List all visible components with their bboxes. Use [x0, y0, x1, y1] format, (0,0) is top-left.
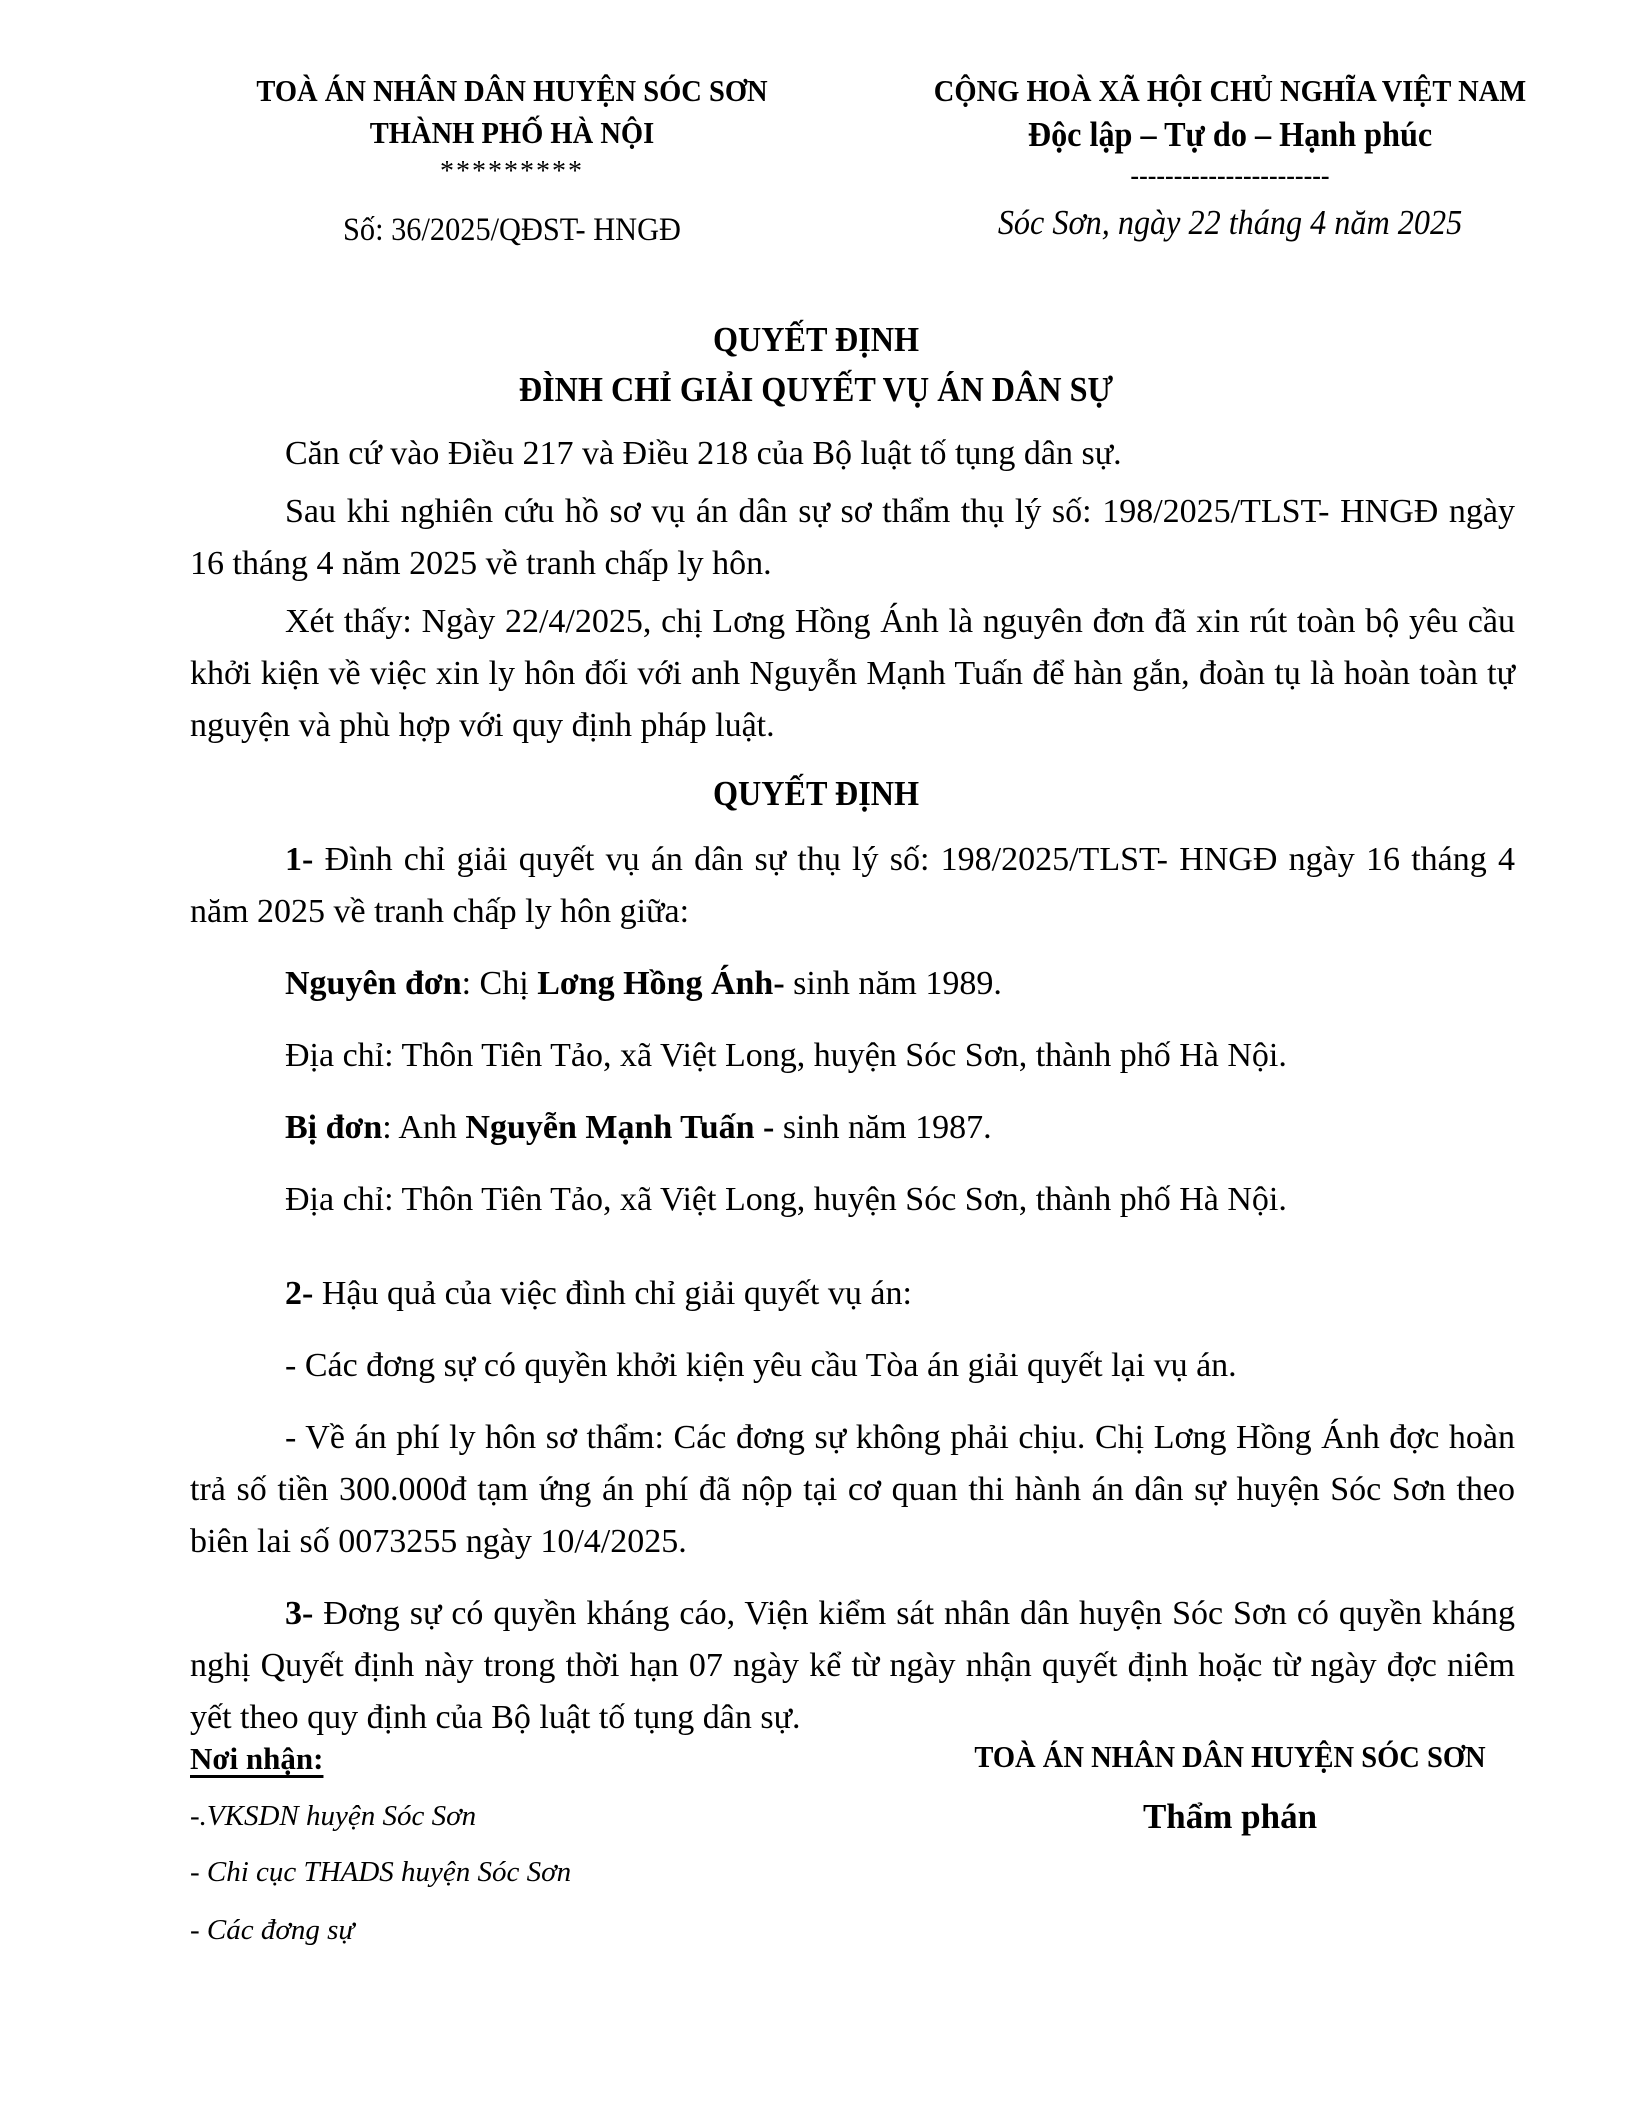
court-city: THÀNH PHỐ HÀ NỘI — [236, 112, 788, 154]
plaintiff-line: Nguyên đơn: Chị Lơng Hồng Ánh- sinh năm … — [190, 958, 1515, 1010]
recipient-item: - Các đơng sự — [190, 1910, 354, 1950]
item-text: Đơng sự có quyền kháng cáo, Viện kiểm sá… — [190, 1595, 1515, 1736]
document-subtitle: ĐÌNH CHỈ GIẢI QUYẾT VỤ ÁN DÂN SỰ — [65, 366, 1566, 414]
plaintiff-birth: sinh năm 1989. — [785, 965, 1002, 1002]
item-number: 2- — [285, 1275, 313, 1312]
defendant-birth: sinh năm 1987. — [774, 1109, 991, 1146]
decision-body: 1- Đình chỉ giải quyết vụ án dân sự thụ … — [190, 834, 1515, 1744]
decision-item-2: 2- Hậu quả của việc đình chỉ giải quyết … — [190, 1268, 1515, 1320]
court-name: TOÀ ÁN NHÂN DÂN HUYỆN SÓC SƠN — [236, 70, 788, 112]
signer-role: Thẩm phán — [880, 1794, 1580, 1840]
court-decision-page: TOÀ ÁN NHÂN DÂN HUYỆN SÓC SƠN THÀNH PHỐ … — [0, 0, 1632, 2112]
consequence-refile: - Các đơng sự có quyền khởi kiện yêu cầu… — [190, 1340, 1515, 1392]
header-stars-divider: ********* — [212, 154, 812, 190]
consequence-court-fee: - Về án phí ly hôn sơ thẩm: Các đơng sự … — [190, 1412, 1515, 1568]
plaintiff-prefix: : Chị — [462, 965, 538, 1002]
national-motto: Độc lập – Tự do – Hạnh phúc — [908, 112, 1552, 158]
defendant-prefix: : Anh — [382, 1109, 465, 1146]
decision-heading: QUYẾT ĐỊNH — [65, 770, 1566, 818]
place-and-date: Sóc Sơn, ngày 22 tháng 4 năm 2025 — [908, 200, 1552, 246]
signer-organization: TOÀ ÁN NHÂN DÂN HUYỆN SÓC SƠN — [908, 1736, 1552, 1778]
item-number: 1- — [285, 841, 313, 878]
document-title: QUYẾT ĐỊNH — [65, 316, 1566, 364]
plaintiff-label: Nguyên đơn — [285, 965, 462, 1002]
court-header: TOÀ ÁN NHÂN DÂN HUYỆN SÓC SƠN THÀNH PHỐ … — [212, 70, 812, 252]
nation-name: CỘNG HOÀ XÃ HỘI CHỦ NGHĨA VIỆT NAM — [908, 70, 1552, 112]
defendant-line: Bị đơn: Anh Nguyễn Mạnh Tuấn - sinh năm … — [190, 1102, 1515, 1154]
header-rule-divider: ----------------------- — [880, 162, 1580, 190]
plaintiff-address: Địa chỉ: Thôn Tiên Tảo, xã Việt Long, hu… — [190, 1030, 1515, 1082]
defendant-address: Địa chỉ: Thôn Tiên Tảo, xã Việt Long, hu… — [190, 1174, 1515, 1226]
plaintiff-name: Lơng Hồng Ánh- — [537, 965, 784, 1002]
decision-item-3: 3- Đơng sự có quyền kháng cáo, Viện kiểm… — [190, 1588, 1515, 1744]
item-text: Hậu quả của việc đình chỉ giải quyết vụ … — [313, 1275, 912, 1312]
decision-item-1: 1- Đình chỉ giải quyết vụ án dân sự thụ … — [190, 834, 1515, 938]
recipient-item: - Chi cục THADS huyện Sóc Sơn — [190, 1852, 571, 1892]
recipients-title: Nơi nhận: — [190, 1738, 323, 1780]
finding: Xét thấy: Ngày 22/4/2025, chị Lơng Hồng … — [190, 596, 1515, 752]
item-text: Đình chỉ giải quyết vụ án dân sự thụ lý … — [190, 841, 1515, 930]
defendant-label: Bị đơn — [285, 1109, 382, 1146]
item-number: 3- — [285, 1595, 313, 1632]
case-review: Sau khi nghiên cứu hồ sơ vụ án dân sự sơ… — [190, 486, 1515, 590]
legal-basis: Căn cứ vào Điều 217 và Điều 218 của Bộ l… — [190, 428, 1515, 480]
preamble: Căn cứ vào Điều 217 và Điều 218 của Bộ l… — [190, 428, 1515, 752]
recipient-item: -.VKSDN huyện Sóc Sơn — [190, 1796, 476, 1836]
national-header: CỘNG HOÀ XÃ HỘI CHỦ NGHĨA VIỆT NAM Độc l… — [880, 70, 1580, 246]
document-number: Số: 36/2025/QĐST- HNGĐ — [236, 208, 788, 252]
defendant-name: Nguyễn Mạnh Tuấn - — [465, 1109, 774, 1146]
